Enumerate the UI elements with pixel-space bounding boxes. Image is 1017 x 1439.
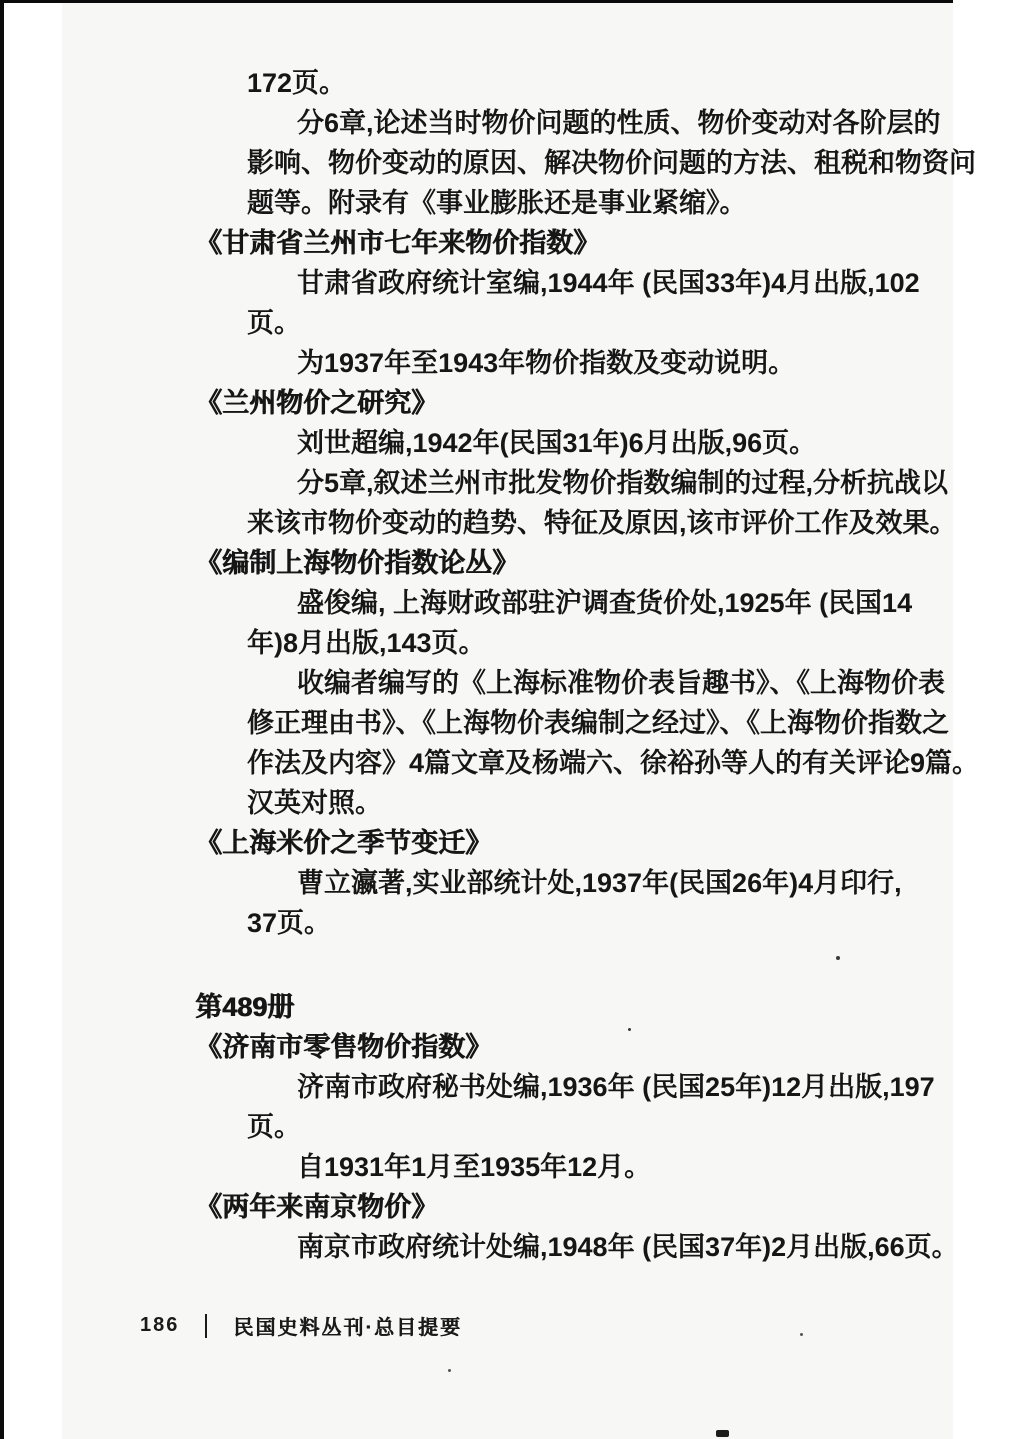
scan-speckle [628, 1028, 631, 1031]
book-title-line: 《甘肃省兰州市七年来物价指数》 [195, 223, 935, 263]
text-line: 盛俊编, 上海财政部驻沪调查货价处,1925年 (民国14 [195, 583, 935, 623]
text-line: 刘世超编,1942年(民国31年)6月出版,96页。 [195, 423, 935, 463]
page-footer: 186 民国史料丛刊·总目提要 [140, 1311, 462, 1340]
text-line: 题等。附录有《事业膨胀还是事业紧缩》。 [195, 183, 935, 223]
book-title-line: 《编制上海物价指数论丛》 [195, 543, 935, 583]
scanned-page-paper: 172页。 分6章,论述当时物价问题的性质、物价变动对各阶层的 影响、物价变动的… [62, 3, 953, 1439]
text-line: 影响、物价变动的原因、解决物价问题的方法、租税和物资问 [195, 143, 935, 183]
text-line: 年)8月出版,143页。 [195, 623, 935, 663]
book-title-line: 《上海米价之季节变迁》 [195, 823, 935, 863]
book-title-line: 《济南市零售物价指数》 [195, 1027, 935, 1067]
text-line: 自1931年1月至1935年12月。 [195, 1147, 935, 1187]
text-line: 页。 [195, 1107, 935, 1147]
scan-speckle [448, 1369, 451, 1372]
text-line: 汉英对照。 [195, 783, 935, 823]
text-line: 作法及内容》4篇文章及杨端六、徐裕孙等人的有关评论9篇。 [195, 743, 935, 783]
series-title: 民国史料丛刊·总目提要 [233, 1311, 462, 1340]
text-line: 分6章,论述当时物价问题的性质、物价变动对各阶层的 [195, 103, 935, 143]
text-line: 来该市物价变动的趋势、特征及原因,该市评价工作及效果。 [195, 503, 935, 543]
scan-edge-left [0, 0, 4, 1439]
text-line: 甘肃省政府统计室编,1944年 (民国33年)4月出版,102 [195, 263, 935, 303]
volume-section-heading: 第489册 [195, 987, 935, 1027]
scan-smudge [716, 1430, 729, 1437]
text-line: 为1937年至1943年物价指数及变动说明。 [195, 343, 935, 383]
screenshot-root: { "document": { "paper_bg": "#f7f7f6", "… [0, 0, 1017, 1439]
bibliography-text-block: 172页。 分6章,论述当时物价问题的性质、物价变动对各阶层的 影响、物价变动的… [195, 63, 935, 1267]
text-line: 修正理由书》、《上海物价表编制之经过》、《上海物价指数之 [195, 703, 935, 743]
text-line: 页。 [195, 303, 935, 343]
scan-speckle [800, 1333, 803, 1336]
scan-speckle [836, 956, 840, 960]
footer-divider [205, 1314, 207, 1338]
text-line: 收编者编写的《上海标准物价表旨趣书》、《上海物价表 [195, 663, 935, 703]
text-line: 37页。 [195, 903, 935, 943]
text-line: 分5章,叙述兰州市批发物价指数编制的过程,分析抗战以 [195, 463, 935, 503]
page-number: 186 [140, 1314, 179, 1337]
text-line: 172页。 [195, 63, 935, 103]
text-line: 南京市政府统计处编,1948年 (民国37年)2月出版,66页。 [195, 1227, 935, 1267]
text-line: 曹立瀛著,实业部统计处,1937年(民国26年)4月印行, [195, 863, 935, 903]
book-title-line: 《兰州物价之研究》 [195, 383, 935, 423]
book-title-line: 《两年来南京物价》 [195, 1187, 935, 1227]
text-line: 济南市政府秘书处编,1936年 (民国25年)12月出版,197 [195, 1067, 935, 1107]
blank-line [195, 943, 935, 987]
